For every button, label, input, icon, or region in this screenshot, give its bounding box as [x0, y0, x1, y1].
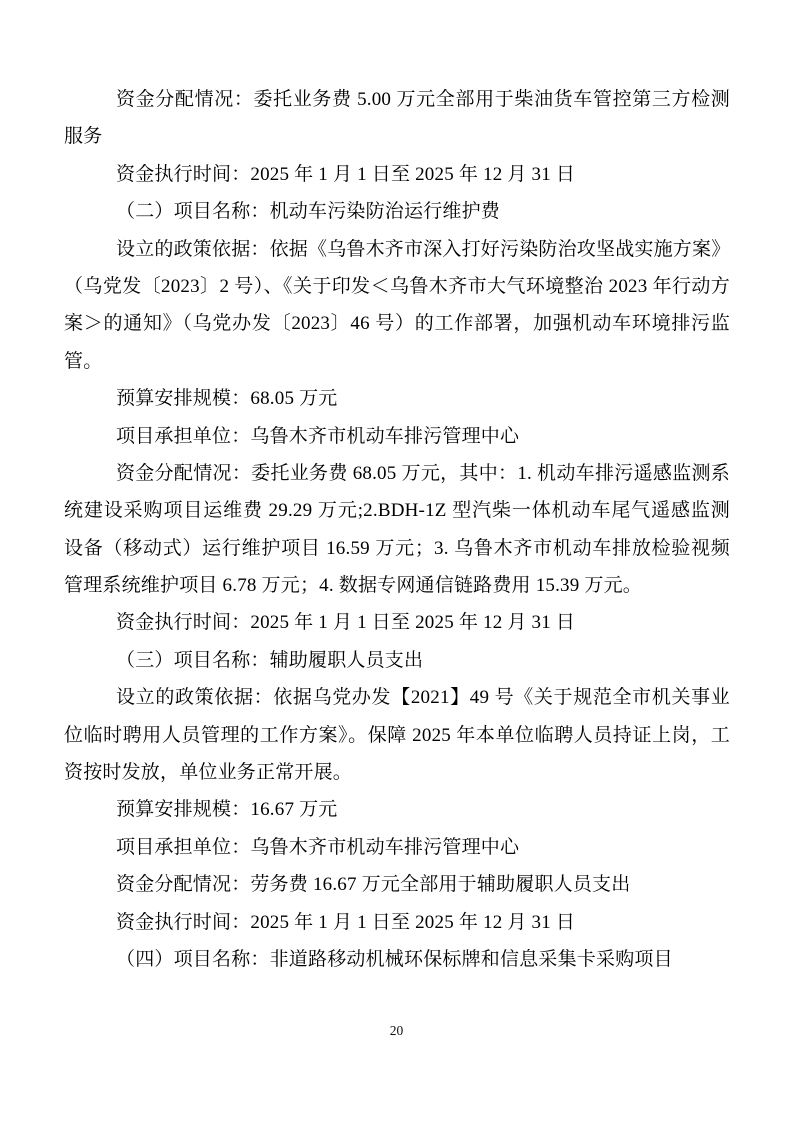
text-line: 资按时发放，单位业务正常开展。	[64, 754, 730, 791]
text-line: 资金执行时间：2025 年 1 月 1 日至 2025 年 12 月 31 日	[64, 156, 730, 193]
text-line: 统建设采购项目运维费 29.29 万元;2.BDH-1Z 型汽柴一体机动车尾气遥…	[64, 492, 730, 529]
text-line: 资金执行时间：2025 年 1 月 1 日至 2025 年 12 月 31 日	[64, 904, 730, 941]
page-number: 20	[0, 1022, 793, 1040]
text-line: （二）项目名称：机动车污染防治运行维护费	[64, 193, 730, 230]
text-line: 位临时聘用人员管理的工作方案》。保障 2025 年本单位临聘人员持证上岗，工	[64, 717, 730, 754]
text-line: 管理系统维护项目 6.78 万元；4. 数据专网通信链路费用 15.39 万元。	[64, 567, 730, 604]
text-line: 设立的政策依据：依据《乌鲁木齐市深入打好污染防治攻坚战实施方案》	[64, 231, 730, 268]
text-line: （四）项目名称：非道路移动机械环保标牌和信息采集卡采购项目	[64, 941, 730, 978]
text-line: 设立的政策依据：依据乌党办发【2021】49 号《关于规范全市机关事业单	[64, 679, 730, 716]
text-line: 资金分配情况：委托业务费 5.00 万元全部用于柴油货车管控第三方检测	[64, 81, 730, 118]
document-page: 资金分配情况：委托业务费 5.00 万元全部用于柴油货车管控第三方检测服务资金执…	[0, 0, 793, 1122]
text-line: （三）项目名称：辅助履职人员支出	[64, 642, 730, 679]
text-line: 预算安排规模：16.67 万元	[64, 791, 730, 828]
text-line: 设备（移动式）运行维护项目 16.59 万元；3. 乌鲁木齐市机动车排放检验视频	[64, 530, 730, 567]
text-line: 资金分配情况：劳务费 16.67 万元全部用于辅助履职人员支出	[64, 866, 730, 903]
text-line: 资金分配情况：委托业务费 68.05 万元，其中：1. 机动车排污遥感监测系	[64, 455, 730, 492]
text-line: 案＞的通知》（乌党办发〔2023〕46 号）的工作部署，加强机动车环境排污监	[64, 305, 730, 342]
text-line: （乌党发〔2023〕2 号）、《关于印发＜乌鲁木齐市大气环境整治 2023 年行…	[64, 268, 730, 305]
text-line: 服务	[64, 118, 730, 155]
text-line: 管。	[64, 343, 730, 380]
text-line: 项目承担单位：乌鲁木齐市机动车排污管理中心	[64, 418, 730, 455]
document-body: 资金分配情况：委托业务费 5.00 万元全部用于柴油货车管控第三方检测服务资金执…	[64, 81, 730, 978]
text-line: 资金执行时间：2025 年 1 月 1 日至 2025 年 12 月 31 日	[64, 604, 730, 641]
text-line: 项目承担单位：乌鲁木齐市机动车排污管理中心	[64, 829, 730, 866]
text-line: 预算安排规模：68.05 万元	[64, 380, 730, 417]
